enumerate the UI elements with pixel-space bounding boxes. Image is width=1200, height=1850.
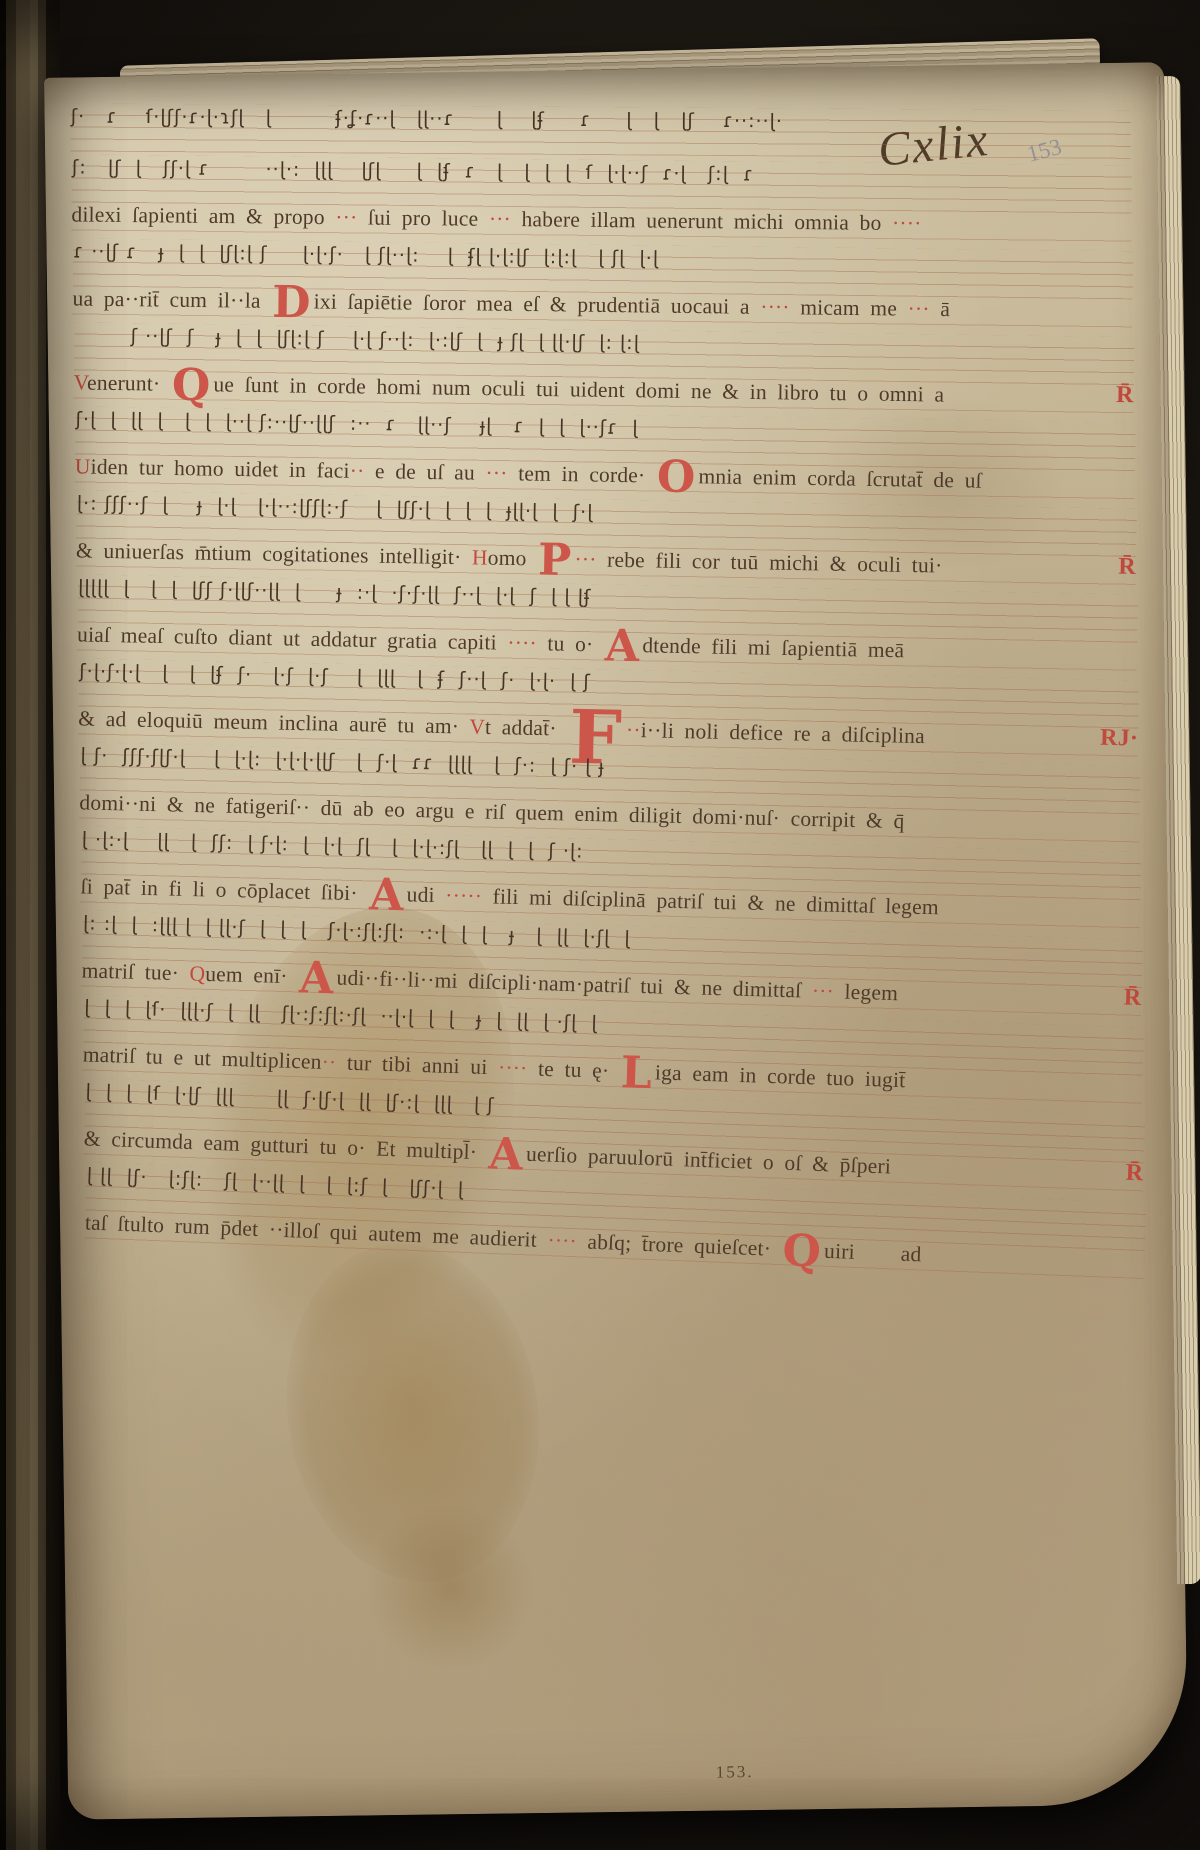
rubric-mark: ···: [897, 297, 941, 322]
chant-text: rebe fili cor tuū michi & oculi tui·: [607, 548, 943, 578]
chant-text: t addat̄·: [485, 715, 568, 741]
rubric-mark: ··: [626, 718, 641, 742]
rubric-mark: ··: [321, 1050, 347, 1075]
chant-text: ad: [900, 1242, 922, 1267]
red-initial: Q: [782, 1225, 822, 1277]
red-initial: L: [620, 1047, 653, 1099]
chant-text: ixi ſapiētie ſoror mea eſ & prudentiā uo…: [314, 289, 750, 318]
rubric-mark: ···: [475, 461, 519, 486]
red-initial: A: [369, 869, 405, 921]
music-text-system: ʃ: ɭʃ ɭ ʃʃ·ɭ ɾ ··ɭ·: ɭɭɭ ɭʃɭ ɭ ɭʄ ɾ ɭ ɭ …: [71, 154, 1132, 246]
rubric-mark: Q: [189, 961, 205, 985]
rubric-mark: ····: [497, 630, 548, 655]
rubric-mark: ····: [487, 1055, 538, 1081]
parchment-stain: [263, 1226, 562, 1600]
chant-text: udi: [406, 882, 435, 907]
rubric-mark: ····: [750, 295, 801, 320]
chant-text: dilexi ſapienti am & propo: [71, 202, 325, 229]
rubric-mark: ····: [881, 211, 921, 235]
manuscript-page: Cxlix 153 ʃ· ɾ ſ·ɭʃʃ·ɾ·ɭ·ɿʃɭ ɭ ʄ·ʆ·ɾ··ɭ …: [44, 62, 1188, 1819]
rubric-mark: V: [469, 715, 485, 739]
chant-text: tu o·: [547, 631, 604, 656]
spacer: [855, 1259, 901, 1261]
rubric-mark: ···: [574, 547, 607, 572]
music-text-system: ɭɭɭɭɭ ɭ ɭ ɭ ɭʃʃ ʃ·ɭɭʃ··ɭɭ ɭ ɟ :·ɭ ·ʃ·ʃ·ɭ…: [77, 574, 1138, 675]
rubric-mark: V: [74, 370, 88, 394]
chant-text: e de uſ au: [375, 459, 475, 485]
music-text-system: ɭ·: ʃʃʃ··ʃ ɭ ɟ ɭ·ɭ ɭ·ɭ··:ɭʃʃɭ:·ʃ ɭ ɭʃʃ·ɭ…: [76, 490, 1137, 589]
rubric-mark: ·····: [434, 883, 493, 908]
responsory-mark: R̄: [1118, 554, 1136, 581]
chant-text: ſui pro luce: [368, 206, 479, 231]
red-initial: Q: [172, 360, 211, 412]
responsory-mark: R̄: [1116, 382, 1134, 409]
music-text-system: ʃ·ɭ ɭ ɭɭ ɭ ɭ ɭ ɭ··ɭ ʃ:··ɭʃ··ɭɭʃ :·· ɾ ɭɭ…: [75, 406, 1136, 504]
responsory-mark: R̄: [1123, 984, 1141, 1011]
chant-text: habere illam uenerunt michi omnia bo: [521, 207, 881, 235]
chant-text: ā: [940, 297, 950, 321]
rubric-mark: ···: [478, 207, 521, 231]
chant-text: iden tur homo uidet in faci: [90, 455, 349, 483]
chant-text: ua pa··rit̄ cum il··la: [72, 286, 271, 312]
rubric-mark: ···: [801, 978, 845, 1003]
music-text-system: ʃ· ɾ ſ·ɭʃʃ·ɾ·ɭ·ɿʃɭ ɭ ʄ·ʆ·ɾ··ɭ ɭɭ··ɾ ɭ ɭʄ…: [71, 103, 1131, 158]
neume-notation: ɾ ··ɭʃ ɾ ɟ ɭ ɭ ɭʃɭ:ɭ ʃ ɭ·ɭ·ʃ· ɭ ʃɭ··ɭ: ɭ…: [73, 240, 1133, 275]
rubric-mark: H: [472, 545, 488, 569]
chant-text: te tu ę·: [538, 1057, 621, 1084]
rubric-mark: ··: [350, 459, 376, 483]
chant-text: micam me: [800, 295, 897, 320]
red-initial: A: [604, 621, 639, 673]
red-initial: A: [488, 1128, 524, 1180]
neume-notation: ʃ: ɭʃ ɭ ʃʃ·ɭ ɾ ··ɭ·: ɭɭɭ ɭʃɭ ɭ ɭʄ ɾ ɭ ɭ …: [72, 156, 1132, 189]
parchment-stain: [364, 1501, 536, 1673]
neume-notation: ʃ· ɾ ſ·ɭʃʃ·ɾ·ɭ·ɿʃɭ ɭ ʄ·ʆ·ɾ··ɭ ɭɭ··ɾ ɭ ɭʄ…: [71, 105, 1131, 134]
chant-text: tem in corde·: [518, 461, 656, 487]
responsory-mark: RJ·: [1100, 725, 1138, 753]
chant-text: uiri: [824, 1239, 856, 1264]
red-initial: O: [657, 452, 696, 504]
chant-text: legem: [844, 980, 898, 1005]
chant-text: i··li noli defice re a diſciplina: [641, 718, 926, 748]
rubric-mark: ····: [536, 1228, 587, 1254]
staff-ruling: ʃ· ɾ ſ·ɭʃʃ·ɾ·ɭ·ɿʃɭ ɭ ʄ·ʆ·ɾ··ɭ ɭɭ··ɾ ɭ ɭʄ…: [71, 103, 1131, 158]
chant-text: enerunt·: [87, 371, 171, 396]
red-initial: D: [272, 277, 311, 328]
music-text-system: ʃ ··ɭʃ ʃ ɟ ɭ ɭ ɭʃɭ:ɭ ʃ ɭ·ɭ ʃ··ɭ: ɭ·:ɭʃ ɭ…: [73, 322, 1134, 418]
rubric-mark: U: [75, 454, 91, 478]
chant-text: omo: [488, 546, 538, 571]
rubric-mark: ···: [325, 205, 368, 229]
chant-text: dtende fili mi ſapientiā meā: [642, 633, 904, 662]
chant-text: mnia enim corda ſcrutat̄ de uſ: [698, 464, 982, 492]
chant-text: uem enī·: [205, 962, 299, 989]
chant-text: tur tibi anni ui: [347, 1051, 488, 1079]
responsory-mark: R̄: [1125, 1160, 1143, 1188]
chant-systems-container: ʃ· ɾ ſ·ɭʃʃ·ɾ·ɭ·ɿʃɭ ɭ ʄ·ʆ·ɾ··ɭ ɭɭ··ɾ ɭ ɭʄ…: [70, 89, 1146, 1247]
chant-text: matriſ tue·: [81, 958, 190, 985]
red-initial: A: [299, 952, 335, 1004]
music-text-system: ɾ ··ɭʃ ɾ ɟ ɭ ɭ ɭʃɭ:ɭ ʃ ɭ·ɭ·ʃ· ɭ ʃɭ··ɭ: ɭ…: [72, 238, 1133, 332]
red-initial: P: [538, 534, 572, 586]
page-number-bottom: 153.: [716, 1762, 754, 1783]
